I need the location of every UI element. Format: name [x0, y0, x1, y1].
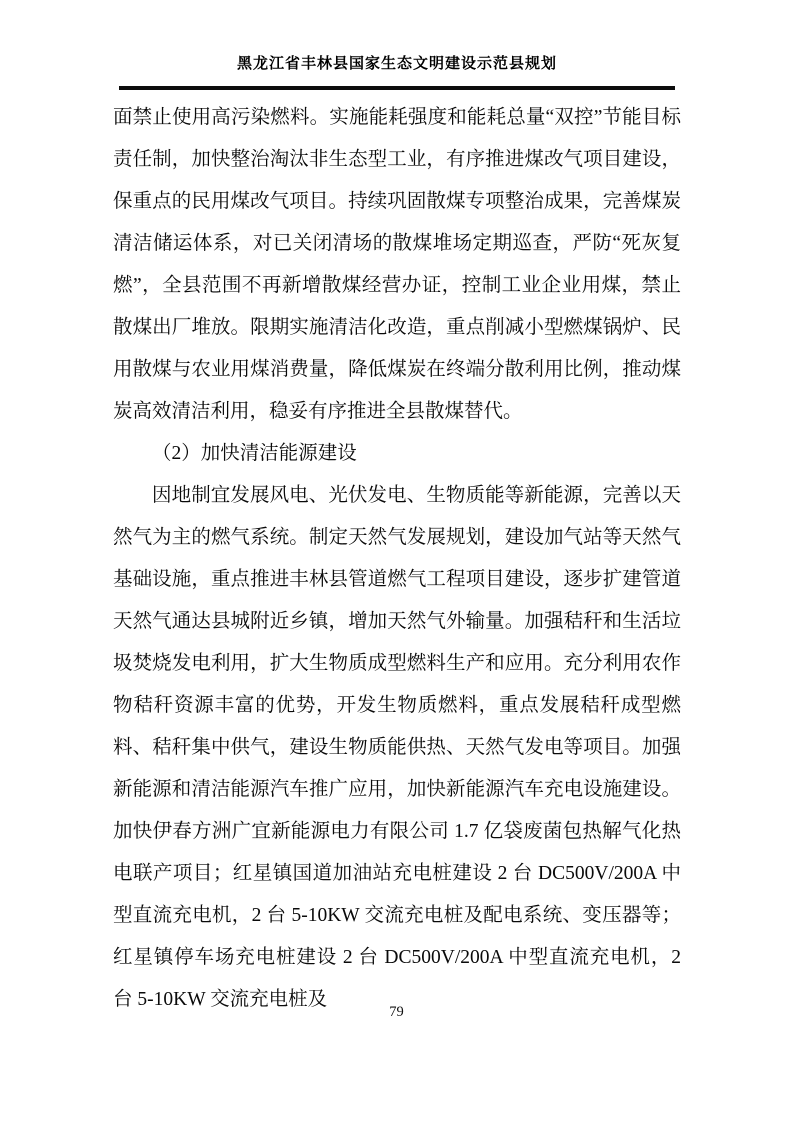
- header-double-rule: [119, 86, 675, 90]
- page-header: 黑龙江省丰林县国家生态文明建设示范县规划: [113, 52, 681, 90]
- header-title: 黑龙江省丰林县国家生态文明建设示范县规划: [113, 52, 681, 73]
- document-body: 面禁止使用高污染燃料。实施能耗强度和能耗总量“双控”节能目标责任制，加快整治淘汰…: [113, 97, 681, 1021]
- paragraph-coal-control-continuation: 面禁止使用高污染燃料。实施能耗强度和能耗总量“双控”节能目标责任制，加快整治淘汰…: [113, 97, 681, 433]
- page-number: 79: [389, 1004, 404, 1020]
- page-footer: 79: [0, 1003, 793, 1021]
- paragraph-clean-energy-construction: 因地制宜发展风电、光伏发电、生物质能等新能源，完善以天然气为主的燃气系统。制定天…: [113, 475, 681, 1021]
- document-page: 黑龙江省丰林县国家生态文明建设示范县规划 面禁止使用高污染燃料。实施能耗强度和能…: [0, 0, 793, 1122]
- section-heading-clean-energy: （2）加快清洁能源建设: [113, 433, 681, 475]
